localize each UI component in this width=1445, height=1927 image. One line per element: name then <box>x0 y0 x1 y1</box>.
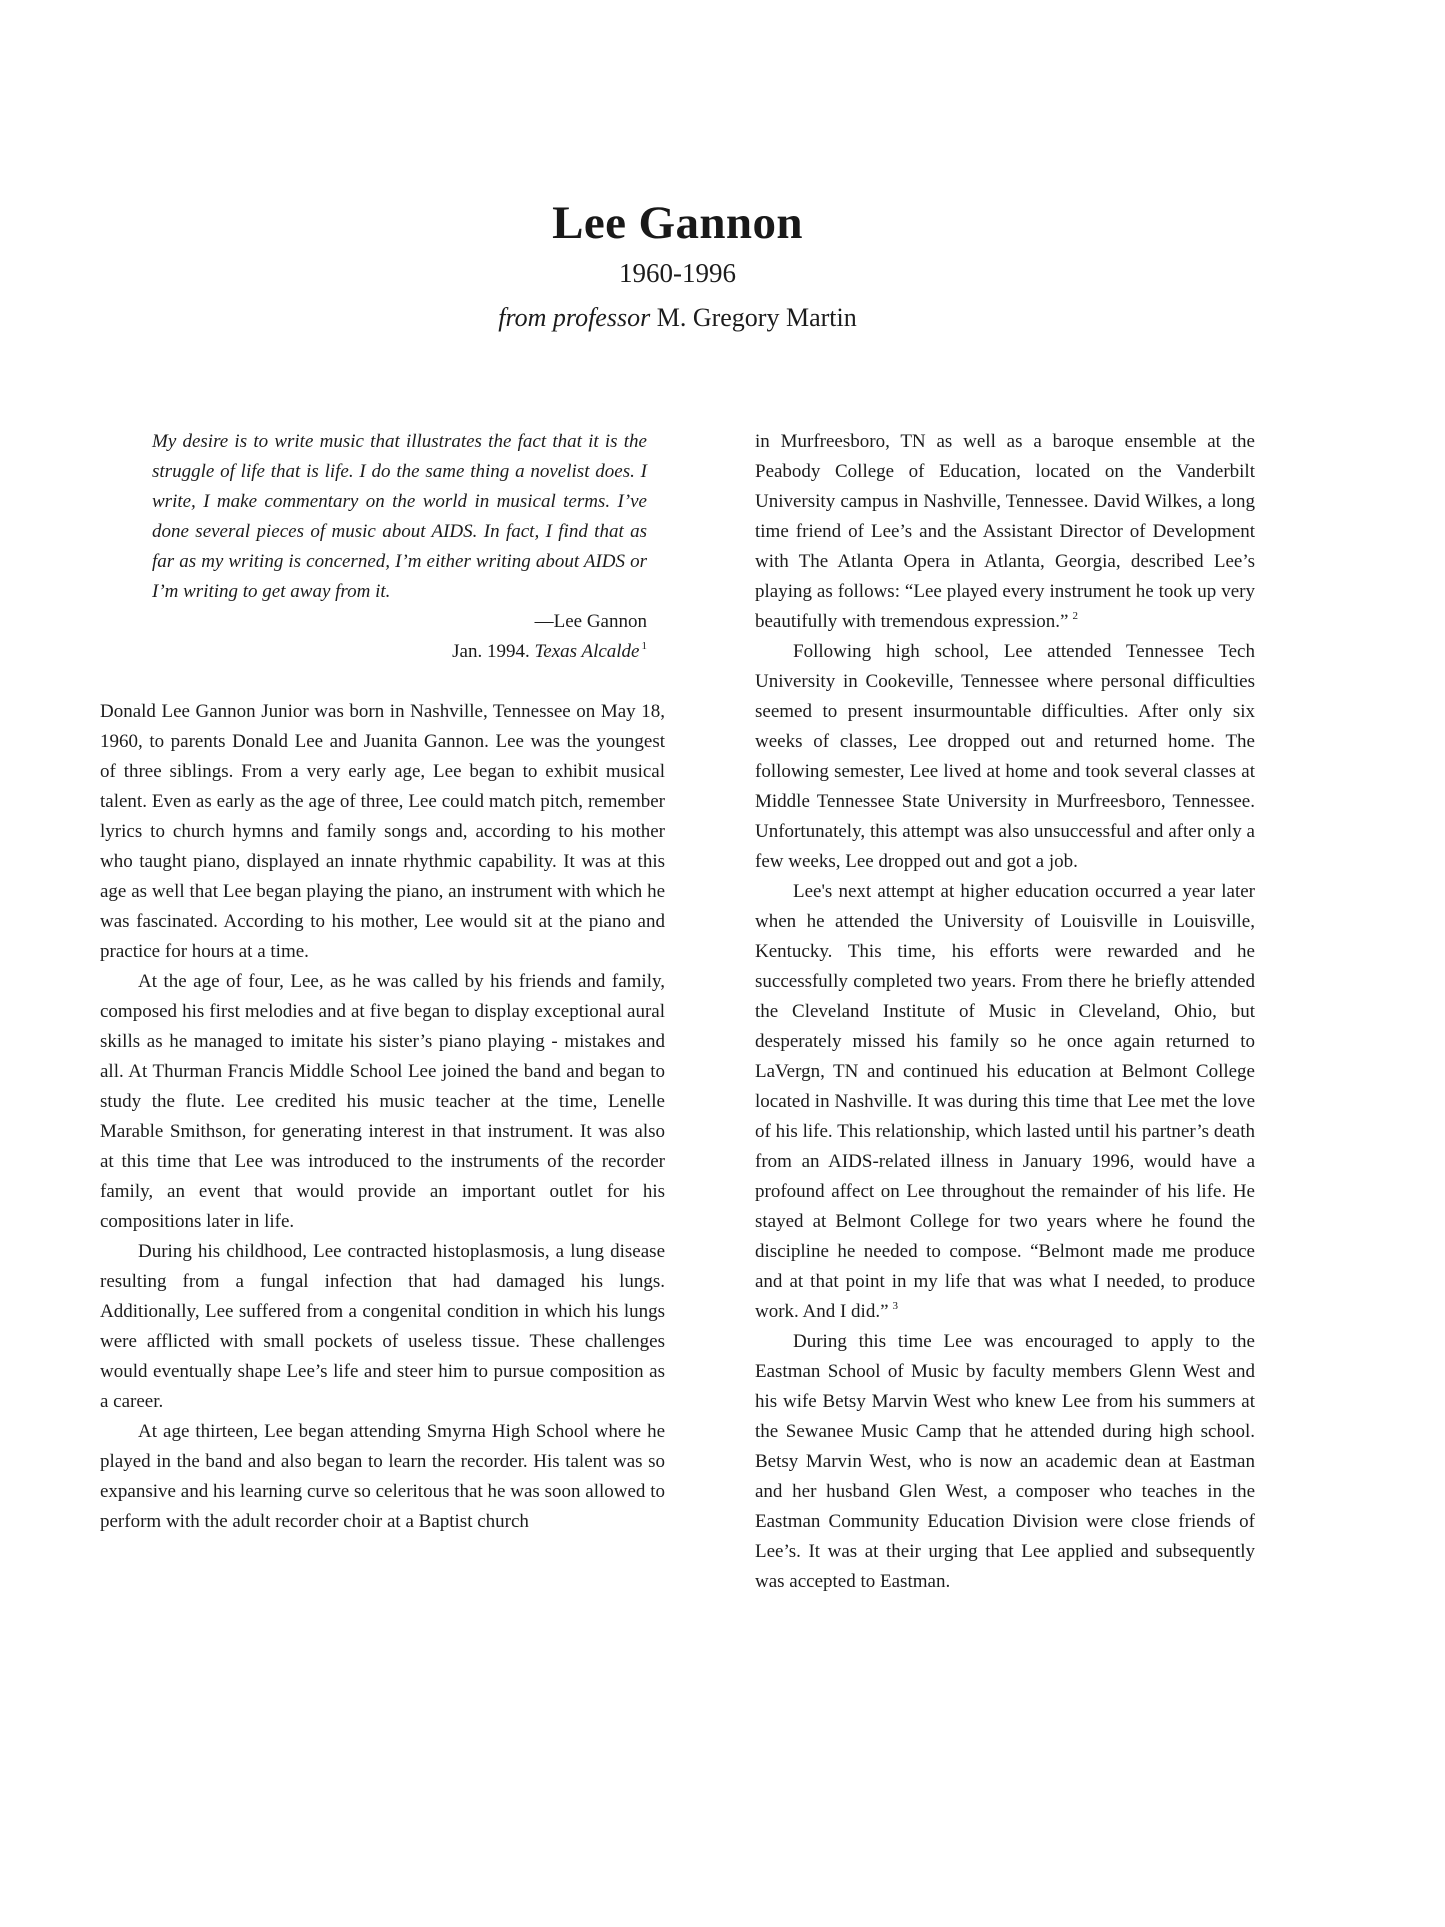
life-dates: 1960-1996 <box>100 258 1255 288</box>
footnote-marker-2: 2 <box>1072 610 1078 622</box>
paragraph-text: in Murfreesboro, TN as well as a baroque… <box>755 431 1255 632</box>
epigraph-source-title: Texas Alcalde <box>534 641 639 662</box>
epigraph-quote: My desire is to write music that illustr… <box>152 427 647 667</box>
right-column: in Murfreesboro, TN as well as a baroque… <box>755 427 1255 1597</box>
epigraph-source-date: Jan. 1994. <box>452 641 530 662</box>
page-title: Lee Gannon <box>100 198 1255 249</box>
byline-prefix: from professor <box>498 303 650 332</box>
paragraph-text: Following high school, Lee attended Tenn… <box>755 641 1255 872</box>
paragraph-text: Lee's next attempt at higher education o… <box>755 881 1255 1322</box>
two-column-body: My desire is to write music that illustr… <box>100 427 1445 1597</box>
paragraph-text: At age thirteen, Lee began attending Smy… <box>100 1421 665 1532</box>
epigraph-attribution: —Lee Gannon <box>152 607 647 637</box>
document-header: Lee Gannon 1960-1996 from professor M. G… <box>100 198 1255 333</box>
paragraph: Lee's next attempt at higher education o… <box>755 877 1255 1327</box>
paragraph-text: Donald Lee Gannon Junior was born in Nas… <box>100 701 665 962</box>
paragraph: During this time Lee was encouraged to a… <box>755 1327 1255 1597</box>
epigraph-text: My desire is to write music that illustr… <box>152 427 647 607</box>
footnote-marker-1: 1 <box>642 640 648 652</box>
paragraph: At the age of four, Lee, as he was calle… <box>100 967 665 1237</box>
paragraph: During his childhood, Lee contracted his… <box>100 1237 665 1417</box>
paragraph: Donald Lee Gannon Junior was born in Nas… <box>100 697 665 967</box>
paragraph-text: During his childhood, Lee contracted his… <box>100 1241 665 1412</box>
document-page: Lee Gannon 1960-1996 from professor M. G… <box>0 0 1445 1927</box>
left-column: My desire is to write music that illustr… <box>100 427 665 1597</box>
byline-name: M. Gregory Martin <box>657 303 857 332</box>
byline: from professor M. Gregory Martin <box>100 303 1255 333</box>
paragraph-text: During this time Lee was encouraged to a… <box>755 1331 1255 1592</box>
paragraph: in Murfreesboro, TN as well as a baroque… <box>755 427 1255 637</box>
paragraph: Following high school, Lee attended Tenn… <box>755 637 1255 877</box>
footnote-marker-3: 3 <box>893 1300 899 1312</box>
paragraph-text: At the age of four, Lee, as he was calle… <box>100 971 665 1232</box>
epigraph-source: Jan. 1994. Texas Alcalde1 <box>152 637 647 667</box>
paragraph: At age thirteen, Lee began attending Smy… <box>100 1417 665 1537</box>
